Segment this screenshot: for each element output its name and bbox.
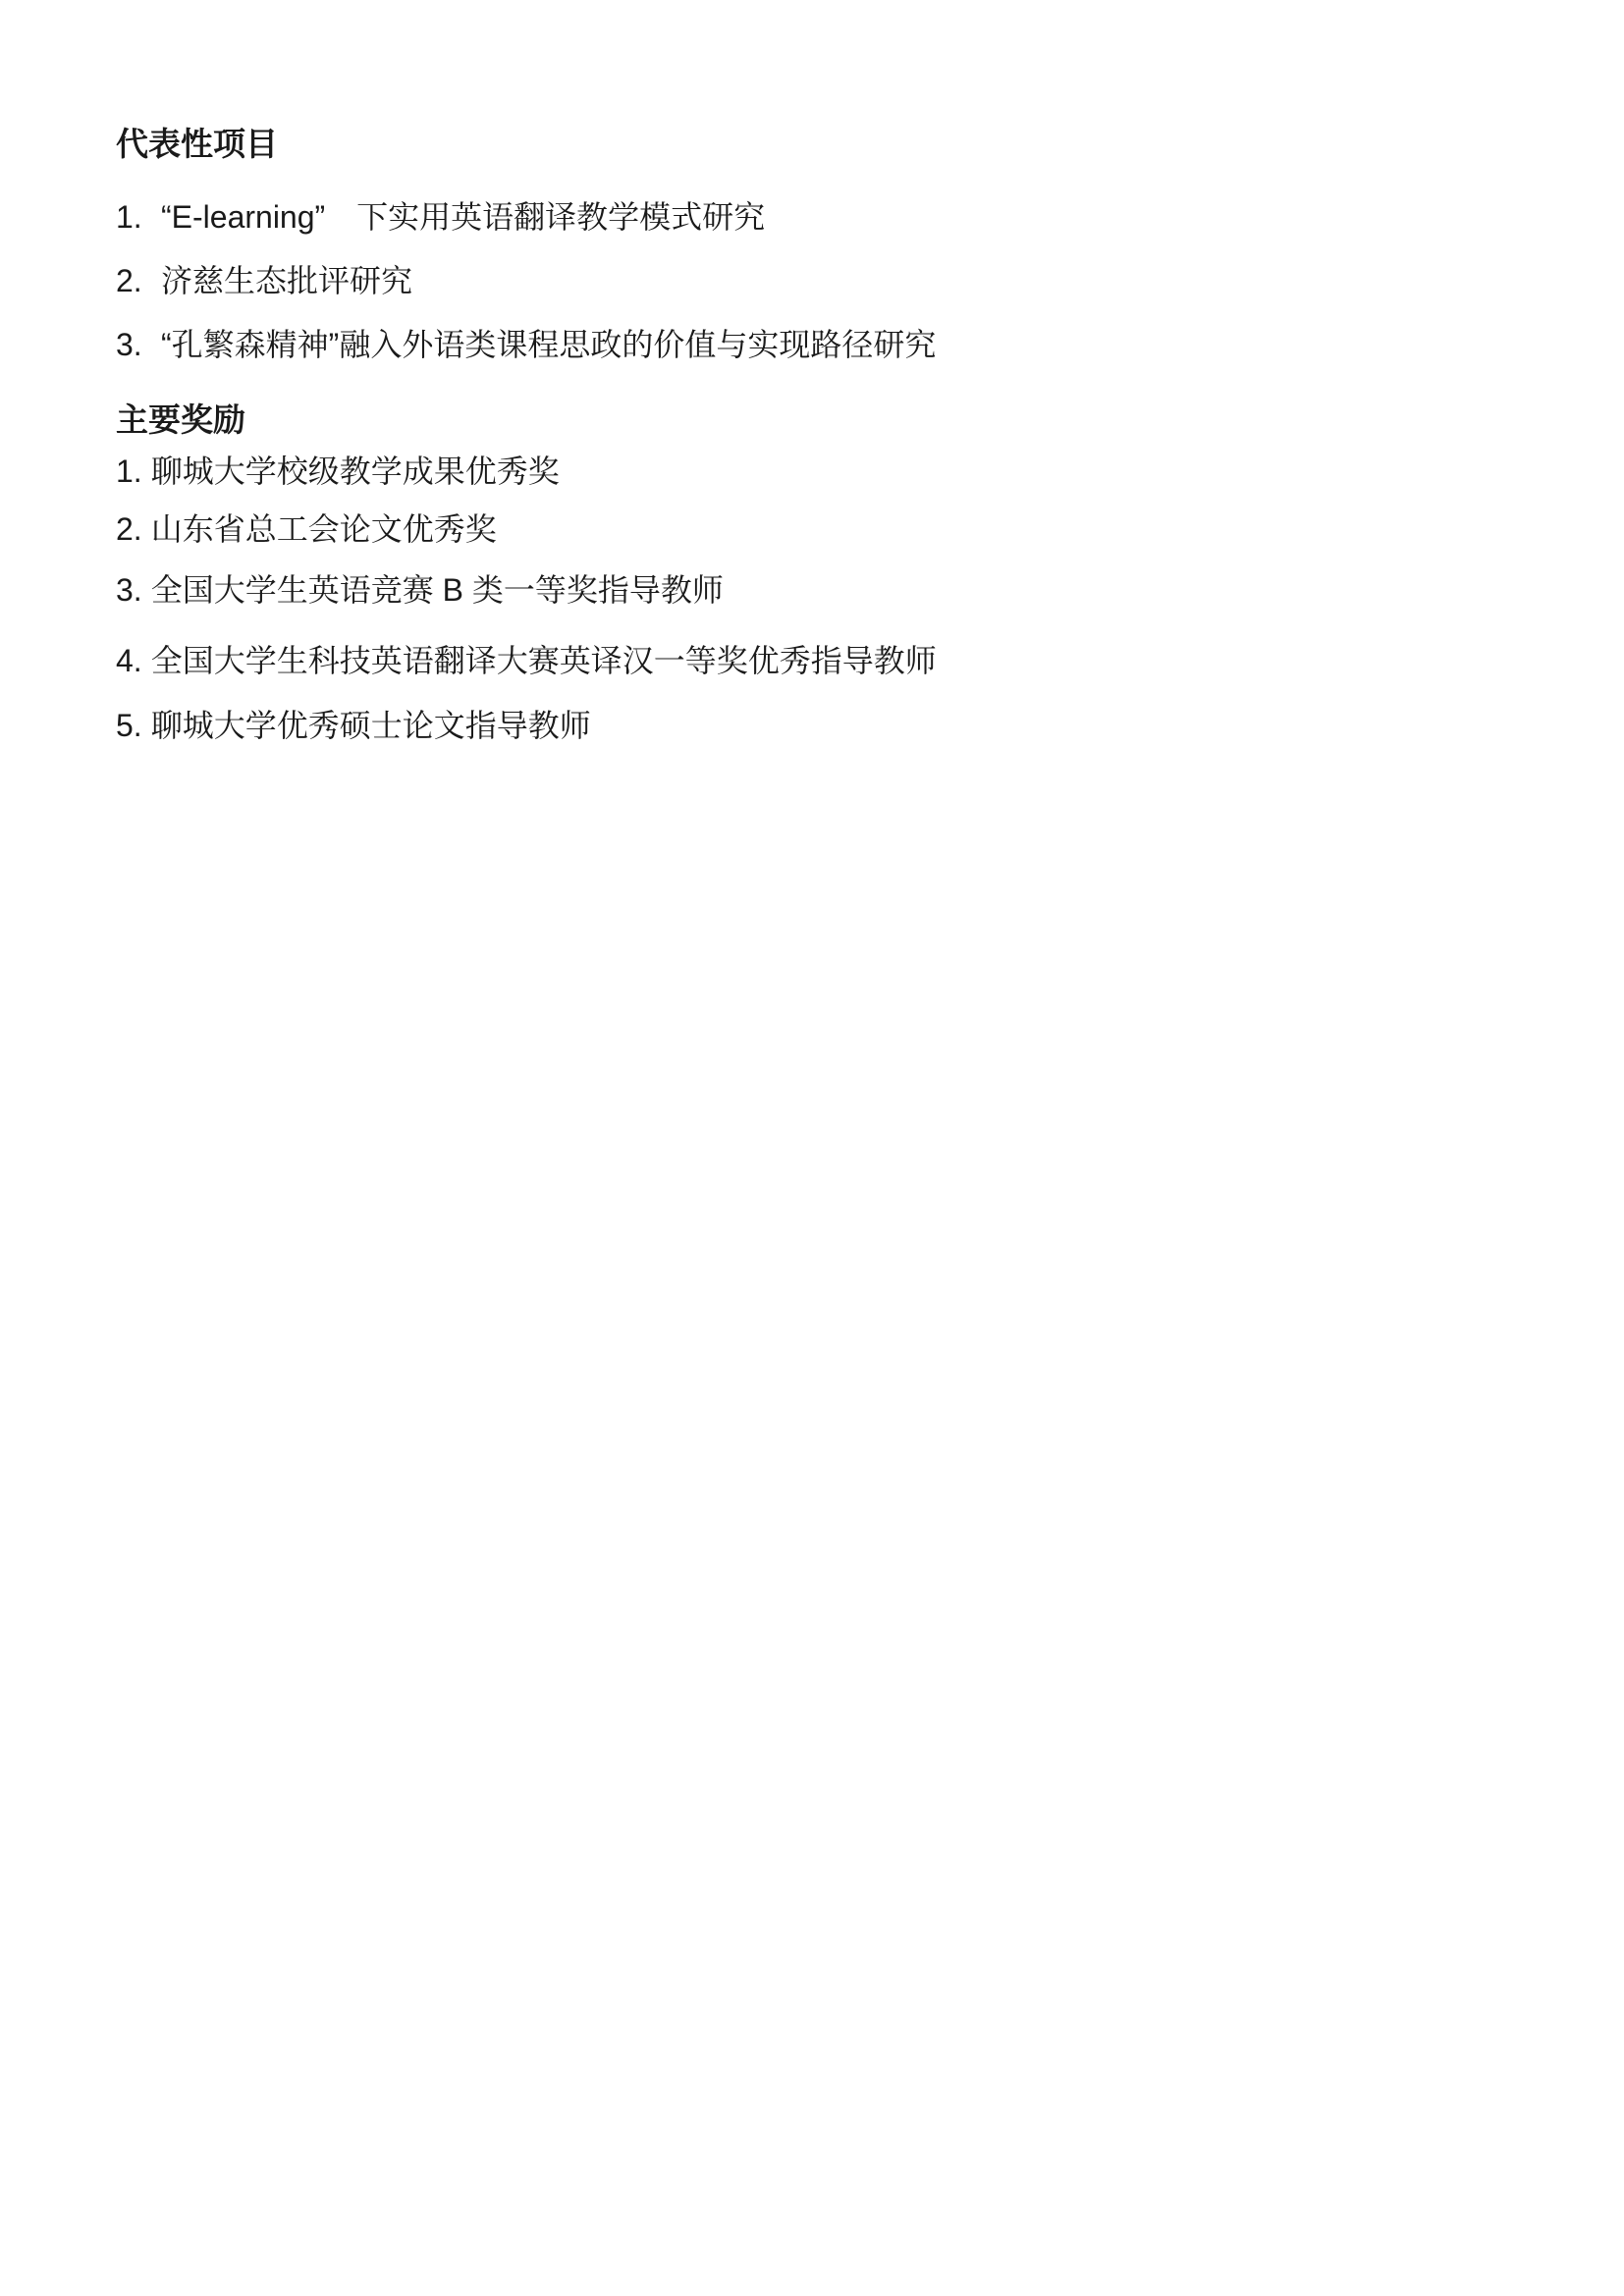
list-item-text: 全国大学生英语竞赛 B 类一等奖指导教师 xyxy=(151,568,1516,612)
list-item-text: 济慈生态批评研究 xyxy=(161,259,1516,302)
list-item-number: 3. xyxy=(116,568,142,612)
list-item: 4. 全国大学生科技英语翻译大赛英译汉一等奖优秀指导教师 xyxy=(116,639,1516,682)
list-item-number: 5. xyxy=(116,704,142,747)
document-page: 代表性项目 1. “E-learning” 下实用英语翻译教学模式研究 2. 济… xyxy=(0,0,1624,2296)
list-item-number: 1. xyxy=(116,195,161,239)
list-item-number: 1. xyxy=(116,450,142,493)
list-item: 3. 全国大学生英语竞赛 B 类一等奖指导教师 xyxy=(116,568,1516,612)
awards-list: 1. 聊城大学校级教学成果优秀奖 2. 山东省总工会论文优秀奖 3. 全国大学生… xyxy=(116,450,1516,747)
list-item-text: 聊城大学校级教学成果优秀奖 xyxy=(151,450,1516,493)
list-item: 5. 聊城大学优秀硕士论文指导教师 xyxy=(116,704,1516,747)
list-item-number: 2. xyxy=(116,507,142,551)
list-item-number: 4. xyxy=(116,639,142,682)
section-heading-awards: 主要奖励 xyxy=(116,400,1516,441)
list-item: 2. 济慈生态批评研究 xyxy=(116,259,1516,302)
list-item-text: “E-learning” 下实用英语翻译教学模式研究 xyxy=(161,195,1516,239)
list-item: 2. 山东省总工会论文优秀奖 xyxy=(116,507,1516,551)
list-item-number: 3. xyxy=(116,323,161,366)
section-heading-projects: 代表性项目 xyxy=(116,124,1516,165)
list-item-text: 全国大学生科技英语翻译大赛英译汉一等奖优秀指导教师 xyxy=(151,639,1516,682)
list-item-number: 2. xyxy=(116,259,161,302)
list-item-text: 聊城大学优秀硕士论文指导教师 xyxy=(151,704,1516,747)
projects-list: 1. “E-learning” 下实用英语翻译教学模式研究 2. 济慈生态批评研… xyxy=(116,195,1516,366)
list-item-text: “孔繁森精神”融入外语类课程思政的价值与实现路径研究 xyxy=(161,323,1516,366)
document-content: 代表性项目 1. “E-learning” 下实用英语翻译教学模式研究 2. 济… xyxy=(116,124,1516,747)
list-item: 1. 聊城大学校级教学成果优秀奖 xyxy=(116,450,1516,493)
list-item: 1. “E-learning” 下实用英语翻译教学模式研究 xyxy=(116,195,1516,239)
list-item: 3. “孔繁森精神”融入外语类课程思政的价值与实现路径研究 xyxy=(116,323,1516,366)
list-item-text: 山东省总工会论文优秀奖 xyxy=(151,507,1516,551)
